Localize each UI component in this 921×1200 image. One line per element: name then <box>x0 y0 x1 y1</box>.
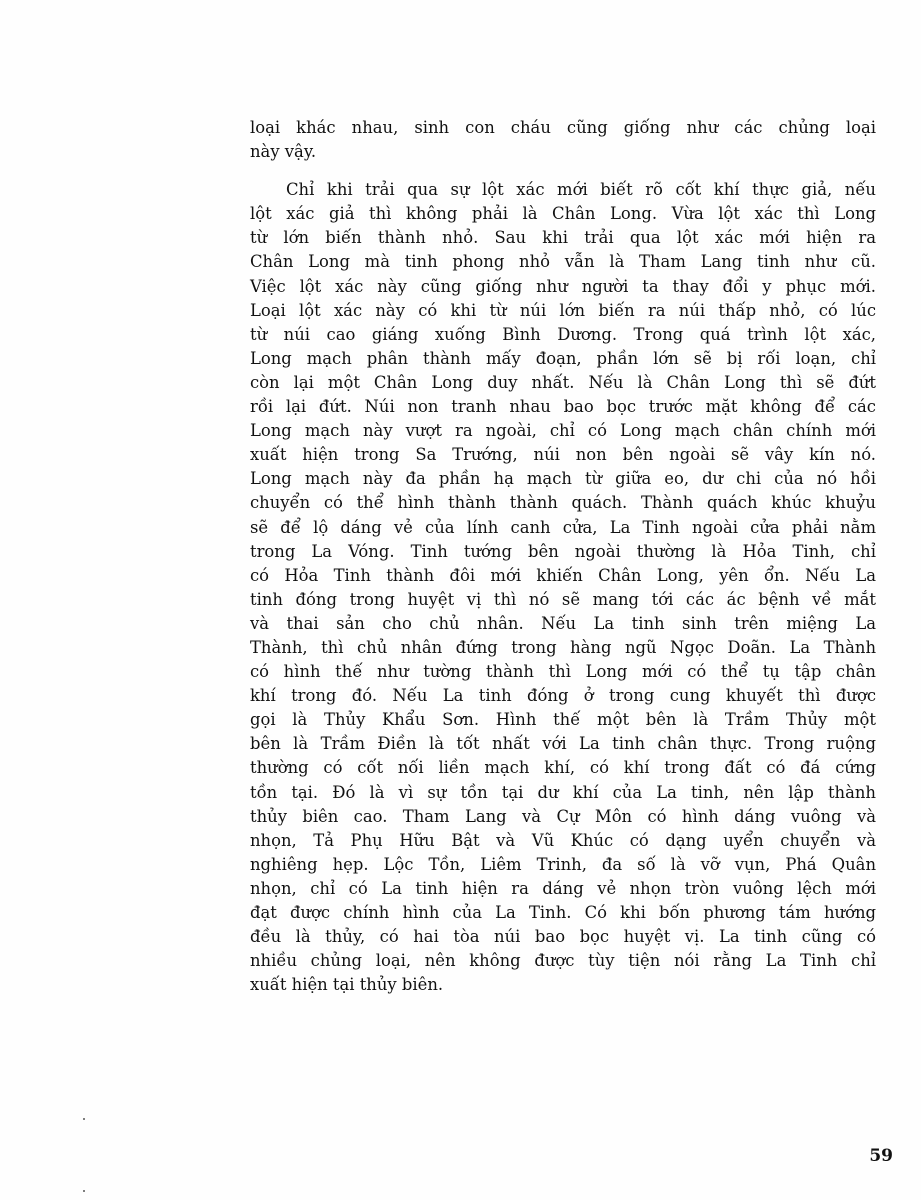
text-line: có Hỏa Tinh thành đôi mới khiến Chân Lon… <box>250 564 876 588</box>
scan-speck <box>83 1190 85 1192</box>
text-line: xuất hiện tại thủy biên. <box>250 973 876 997</box>
text-line: Chân Long mà tinh phong nhỏ vẫn là Tham … <box>250 250 876 274</box>
text-line: xuất hiện trong Sa Trướng, núi non bên n… <box>250 443 876 467</box>
text-line: bên là Trầm Điền là tốt nhất với La tinh… <box>250 732 876 756</box>
text-line: có hình thế như tường thành thì Long mới… <box>250 660 876 684</box>
paragraph-1: loại khác nhau, sinh con cháu cũng giống… <box>250 116 876 164</box>
text-line: sẽ để lộ dáng vẻ của lính canh cửa, La T… <box>250 516 876 540</box>
text-line: còn lại một Chân Long duy nhất. Nếu là C… <box>250 371 876 395</box>
text-line: khí trong đó. Nếu La tinh đóng ở trong c… <box>250 684 876 708</box>
text-line: đạt được chính hình của La Tinh. Có khi … <box>250 901 876 925</box>
text-line: tồn tại. Đó là vì sự tồn tại dư khí của … <box>250 781 876 805</box>
text-line: Loại lột xác này có khi từ núi lớn biến … <box>250 299 876 323</box>
text-line: chuyển có thể hình thành thành quách. Th… <box>250 491 876 515</box>
text-line: thủy biên cao. Tham Lang và Cự Môn có hì… <box>250 805 876 829</box>
paragraph-2: Chỉ khi trải qua sự lột xác mới biết rõ … <box>250 178 876 997</box>
document-page: loại khác nhau, sinh con cháu cũng giống… <box>0 0 921 1200</box>
text-line: loại khác nhau, sinh con cháu cũng giống… <box>250 116 876 140</box>
page-number: 59 <box>869 1146 893 1166</box>
text-line: Long mạch này vượt ra ngoài, chỉ có Long… <box>250 419 876 443</box>
text-line: nhọn, Tả Phụ Hữu Bật và Vũ Khúc có dạng … <box>250 829 876 853</box>
text-line: từ lớn biến thành nhỏ. Sau khi trải qua … <box>250 226 876 250</box>
text-line: nhiều chủng loại, nên không được tùy tiệ… <box>250 949 876 973</box>
text-line: và thai sản cho chủ nhân. Nếu La tinh si… <box>250 612 876 636</box>
text-line: đều là thủy, có hai tòa núi bao bọc huyệ… <box>250 925 876 949</box>
text-line: từ núi cao giáng xuống Bình Dương. Trong… <box>250 323 876 347</box>
text-line: này vậy. <box>250 140 876 164</box>
text-line: rồi lại đứt. Núi non tranh nhau bao bọc … <box>250 395 876 419</box>
paragraph-gap <box>250 164 876 178</box>
body-text: loại khác nhau, sinh con cháu cũng giống… <box>250 116 876 997</box>
text-line: tinh đóng trong huyệt vị thì nó sẽ mang … <box>250 588 876 612</box>
text-line: nghiêng hẹp. Lộc Tồn, Liêm Trinh, đa số … <box>250 853 876 877</box>
text-line: Long mạch phân thành mấy đoạn, phần lớn … <box>250 347 876 371</box>
text-line: gọi là Thủy Khẩu Sơn. Hình thế một bên l… <box>250 708 876 732</box>
scan-speck <box>83 1118 85 1120</box>
text-line: trong La Vóng. Tinh tướng bên ngoài thườ… <box>250 540 876 564</box>
text-line: Chỉ khi trải qua sự lột xác mới biết rõ … <box>250 178 876 202</box>
text-line: Việc lột xác này cũng giống như người ta… <box>250 275 876 299</box>
text-line: Thành, thì chủ nhân đứng trong hàng ngũ … <box>250 636 876 660</box>
text-line: thường có cốt nối liền mạch khí, có khí … <box>250 756 876 780</box>
text-line: Long mạch này đa phần hạ mạch từ giữa eo… <box>250 467 876 491</box>
text-line: nhọn, chỉ có La tinh hiện ra dáng vẻ nhọ… <box>250 877 876 901</box>
text-line: lột xác giả thì không phải là Chân Long.… <box>250 202 876 226</box>
